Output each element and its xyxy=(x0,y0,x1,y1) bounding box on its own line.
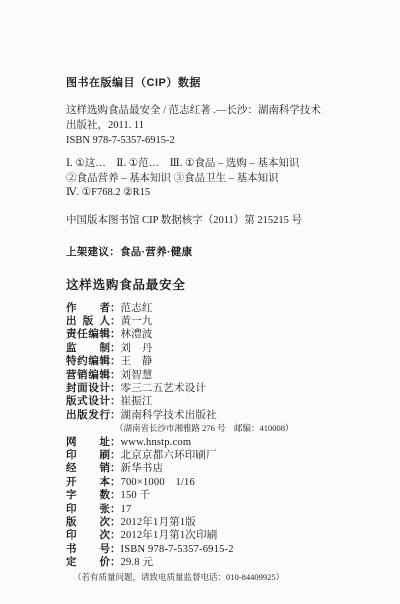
cip-description-block: 这样选购食品最安全 / 范志红著 .—长沙：湖南科学技术出版社，2011. 11… xyxy=(66,103,364,148)
colophon-value: 黄一九 xyxy=(121,316,153,327)
colophon-label-colon: ： xyxy=(110,382,121,394)
colophon-value: 刘 丹 xyxy=(121,343,153,354)
colophon-label: 作者 xyxy=(66,302,110,315)
colophon-label-colon: ： xyxy=(110,543,121,555)
colophon-row: 印张：17 xyxy=(66,503,364,516)
colophon-value: 2012年1月第1次印刷 xyxy=(121,530,218,541)
colophon-label: 印次 xyxy=(66,529,110,542)
colophon-label-colon: ： xyxy=(110,529,121,541)
colophon-value: 700×1000 1/16 xyxy=(121,477,195,488)
colophon-label: 网址 xyxy=(66,436,110,449)
colophon-row: 封面设计：零三二五艺术设计 xyxy=(66,382,364,395)
colophon-value: 北京京都六环印刷厂 xyxy=(121,450,217,461)
colophon-label: 印刷 xyxy=(66,449,110,462)
colophon-label: 版式设计 xyxy=(66,395,110,408)
colophon-row: 印刷：北京京都六环印刷厂 xyxy=(66,449,364,462)
cip-description-line: 出版社，2011. 11 xyxy=(66,118,364,133)
colophon-row: 出版人：黄一九 xyxy=(66,315,364,328)
colophon-value: ISBN 978-7-5357-6915-2 xyxy=(121,544,234,555)
colophon-label: 经销 xyxy=(66,462,110,475)
colophon-row: 定价：29.8 元 xyxy=(66,556,364,569)
quality-hotline-note: （若有质量问题，请致电质量监督电话：010-84409925） xyxy=(66,571,364,584)
colophon-row: 版次：2012年1月第1版 xyxy=(66,516,364,529)
colophon-label: 版次 xyxy=(66,516,110,529)
shelf-suggestion: 上架建议：食品·营养·健康 xyxy=(66,244,364,259)
colophon-value: 范志红 xyxy=(121,303,153,314)
colophon-row: 责任编辑：林澧波 xyxy=(66,328,364,341)
colophon-label-colon: ： xyxy=(110,503,121,515)
colophon-label: 出版发行 xyxy=(66,409,110,422)
colophon-label: 印张 xyxy=(66,503,110,516)
colophon-label-colon: ： xyxy=(110,328,121,340)
colophon-label: 封面设计 xyxy=(66,382,110,395)
colophon-value: 零三二五艺术设计 xyxy=(121,383,207,394)
cip-header: 图书在版编目（CIP）数据 xyxy=(66,74,364,90)
colophon-row: 版式设计：崔振江 xyxy=(66,395,364,408)
colophon-row: 网址：www.hnstp.com xyxy=(66,436,364,449)
colophon-label: 书号 xyxy=(66,543,110,556)
colophon-row: 印次：2012年1月第1次印刷 xyxy=(66,529,364,542)
cip-classification-line: Ⅰ. ①这… Ⅱ. ①范… Ⅲ. ①食品 – 选购 – 基本知识 xyxy=(66,157,364,172)
cip-registry-line: 中国版本图书馆 CIP 数据核字（2011）第 215215 号 xyxy=(66,212,364,227)
colophon-row: 书号：ISBN 978-7-5357-6915-2 xyxy=(66,543,364,556)
colophon-value: 29.8 元 xyxy=(121,557,154,568)
colophon-value: 湖南科学技术出版社 xyxy=(121,410,217,421)
colophon-label-colon: ： xyxy=(110,489,121,501)
colophon-label-colon: ： xyxy=(110,462,121,474)
colophon-row: 经销：新华书店 xyxy=(66,462,364,475)
colophon-label-colon: ： xyxy=(110,476,121,488)
colophon-block: 作者：范志红出版人：黄一九责任编辑：林澧波监制：刘 丹特约编辑：王 静营销编辑：… xyxy=(66,302,364,570)
colophon-row: 作者：范志红 xyxy=(66,302,364,315)
colophon-label-colon: ： xyxy=(110,315,121,327)
colophon-label: 定价 xyxy=(66,556,110,569)
book-title: 这样选购食品最安全 xyxy=(66,275,364,293)
colophon-label-colon: ： xyxy=(110,395,121,407)
colophon-label: 监制 xyxy=(66,342,110,355)
cip-classification-line: Ⅳ. ①F768.2 ②R15 xyxy=(66,186,364,201)
colophon-value: 2012年1月第1版 xyxy=(121,517,197,528)
colophon-row: 营销编辑：刘智慧 xyxy=(66,369,364,382)
colophon-value: 新华书店 xyxy=(121,463,164,474)
cip-classification-block: Ⅰ. ①这… Ⅱ. ①范… Ⅲ. ①食品 – 选购 – 基本知识②食品营养 – … xyxy=(66,157,364,201)
colophon-row: 出版发行：湖南科学技术出版社 xyxy=(66,409,364,422)
colophon-label: 字数 xyxy=(66,489,110,502)
colophon-row: 监制：刘 丹 xyxy=(66,342,364,355)
colophon-label-colon: ： xyxy=(110,436,121,448)
colophon-value: 林澧波 xyxy=(121,329,153,340)
cip-description-line: 这样选购食品最安全 / 范志红著 .—长沙：湖南科学技术 xyxy=(66,103,364,118)
colophon-value: 崔振江 xyxy=(121,396,153,407)
colophon-value: www.hnstp.com xyxy=(121,437,192,448)
colophon-label-colon: ： xyxy=(110,369,121,381)
colophon-row: 开本：700×1000 1/16 xyxy=(66,476,364,489)
colophon-label-colon: ： xyxy=(110,355,121,367)
copyright-page: 图书在版编目（CIP）数据 这样选购食品最安全 / 范志红著 .—长沙：湖南科学… xyxy=(0,0,400,604)
cip-classification-line: ②食品营养 – 基本知识 ③食品卫生 – 基本知识 xyxy=(66,172,364,187)
colophon-label-colon: ： xyxy=(110,409,121,421)
colophon-row: 特约编辑：王 静 xyxy=(66,355,364,368)
colophon-value: 150 千 xyxy=(121,490,151,501)
colophon-label-colon: ： xyxy=(110,449,121,461)
colophon-label-colon: ： xyxy=(110,556,121,568)
colophon-label: 营销编辑 xyxy=(66,369,110,382)
colophon-label: 出版人 xyxy=(66,315,110,328)
publisher-address-note: （湖南省长沙市湘雅路 276 号 邮编：410008） xyxy=(66,422,364,435)
colophon-label: 开本 xyxy=(66,476,110,489)
colophon-value: 17 xyxy=(121,504,132,515)
colophon-label: 责任编辑 xyxy=(66,328,110,341)
colophon-label: 特约编辑 xyxy=(66,355,110,368)
colophon-label-colon: ： xyxy=(110,516,121,528)
colophon-value: 王 静 xyxy=(121,356,153,367)
cip-description-line: ISBN 978-7-5357-6915-2 xyxy=(66,133,364,148)
colophon-row: 字数：150 千 xyxy=(66,489,364,502)
colophon-label-colon: ： xyxy=(110,342,121,354)
colophon-value: 刘智慧 xyxy=(121,370,153,381)
colophon-label-colon: ： xyxy=(110,302,121,314)
